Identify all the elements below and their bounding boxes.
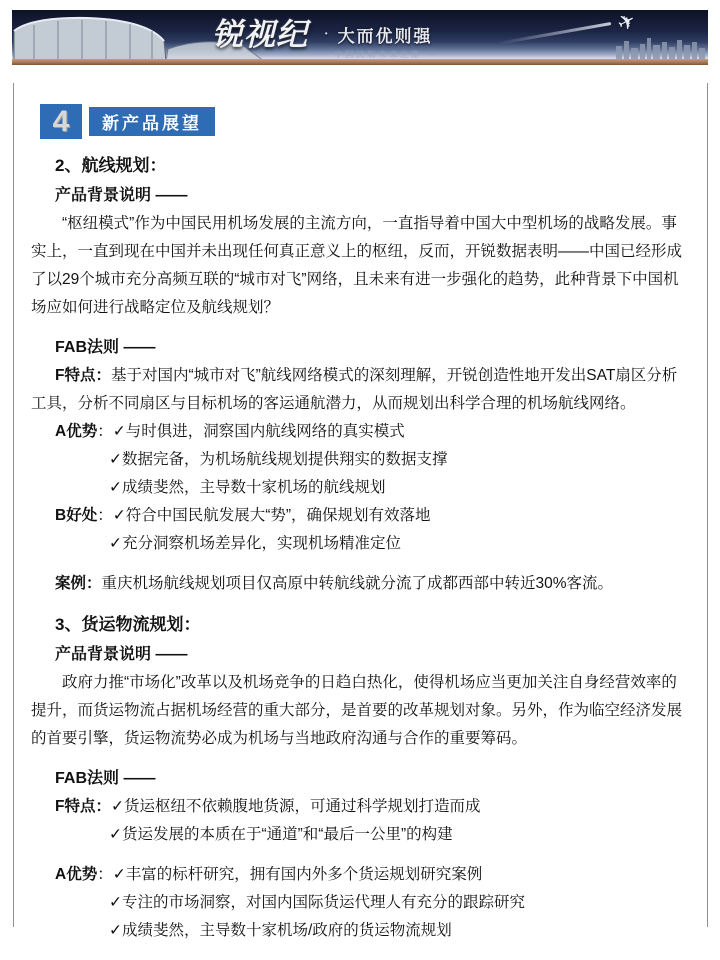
- s2-a-item-1: ✓与时俱进，洞察国内航线网络的真实模式: [113, 423, 405, 440]
- s3-f-item-1: ✓货运枢纽不依赖腹地货源，可通过科学规划打造而成: [111, 798, 481, 815]
- banner-title-group: 锐视纪 · 大而优则强 — 中国民航未来之路 —: [212, 14, 438, 60]
- s3-f-row-2: ✓货运发展的本质在于“通道”和“最后一公里”的构建: [31, 821, 687, 849]
- s3-f-row-1: F特点：✓货运枢纽不依赖腹地货源，可通过科学规划打造而成: [31, 793, 687, 821]
- s2-a-label: A优势: [55, 423, 97, 440]
- s2-f-paragraph: F特点：基于对国内“城市对飞”航线网络模式的深刻理解，开锐创造性地开发出SAT扇…: [31, 362, 687, 418]
- s2-f-label: F特点: [55, 367, 95, 384]
- banner-brand-title: 锐视纪: [212, 14, 308, 56]
- banner-slogan: 大而优则强: [338, 22, 433, 47]
- s2-case-label: 案例: [55, 575, 86, 592]
- s2-b-row-2: ✓充分洞察机场差异化，实现机场精准定位: [31, 530, 687, 558]
- s2-a-row-1: A优势：✓与时俱进，洞察国内航线网络的真实模式: [31, 418, 687, 446]
- banner-slogan-block: · 大而优则强 — 中国民航未来之路 —: [318, 14, 438, 60]
- colon: ：: [97, 866, 113, 883]
- colon: ：: [97, 507, 113, 524]
- s2-b-label: B好处: [55, 507, 97, 524]
- s3-fab-heading: FAB法则 ——: [55, 765, 687, 793]
- s3-background-paragraph: 政府力推“市场化”改革以及机场竞争的日趋白热化，使得机场应当更加关注自身经营效率…: [31, 669, 687, 753]
- s3-f-label: F特点: [55, 798, 95, 815]
- banner-dot-separator: ·: [324, 27, 331, 43]
- s2-fab-heading: FAB法则 ——: [55, 334, 687, 362]
- s3-a-row-3: ✓成绩斐然，主导数十家机场/政府的货运物流规划: [31, 917, 687, 945]
- s2-background-heading: 产品背景说明 ——: [55, 182, 687, 210]
- section-number-badge: 4: [40, 104, 82, 139]
- s3-background-heading: 产品背景说明 ——: [55, 641, 687, 669]
- s2-a-row-3: ✓成绩斐然，主导数十家机场的航线规划: [31, 474, 687, 502]
- s2-f-text: 基于对国内“城市对飞”航线网络模式的深刻理解，开锐创造性地开发出SAT扇区分析工…: [31, 367, 677, 412]
- s3-a-item-1: ✓丰富的标杆研究，拥有国内外多个货运规划研究案例: [113, 866, 483, 883]
- s3-title: 3、货运物流规划：: [55, 611, 687, 639]
- s3-a-row-1: A优势：✓丰富的标杆研究，拥有国内外多个货运规划研究案例: [31, 861, 687, 889]
- section-badge: 4 新产品展望: [40, 104, 707, 139]
- s2-a-row-2: ✓数据完备，为机场航线规划提供翔实的数据支撑: [31, 446, 687, 474]
- colon: ：: [95, 367, 111, 384]
- document-body: 2、航线规划： 产品背景说明 —— “枢纽模式”作为中国民用机场发展的主流方向，…: [14, 152, 707, 945]
- content-frame: 4 新产品展望 2、航线规划： 产品背景说明 —— “枢纽模式”作为中国民用机场…: [13, 83, 708, 927]
- s2-b-row-1: B好处：✓符合中国民航发展大“势”，确保规划有效落地: [31, 502, 687, 530]
- s3-a-label: A优势: [55, 866, 97, 883]
- colon: ：: [97, 423, 113, 440]
- city-skyline-graphic: [614, 36, 706, 60]
- s3-a-row-2: ✓专注的市场洞察，对国内国际货运代理人有充分的跟踪研究: [31, 889, 687, 917]
- s2-case-row: 案例：重庆机场航线规划项目仅高原中转航线就分流了成都西部中转近30%客流。: [31, 570, 687, 598]
- colon: ：: [95, 798, 111, 815]
- section-title-badge: 新产品展望: [89, 107, 215, 136]
- s2-b-item-1: ✓符合中国民航发展大“势”，确保规划有效落地: [113, 507, 431, 524]
- banner-runway-strip: [12, 59, 708, 65]
- s2-background-paragraph: “枢纽模式”作为中国民用机场发展的主流方向，一直指导着中国大中型机场的战略发展。…: [31, 210, 687, 322]
- s2-case-text: 重庆机场航线规划项目仅高原中转航线就分流了成都西部中转近30%客流。: [102, 575, 614, 592]
- s2-title: 2、航线规划：: [55, 152, 687, 180]
- header-banner: 锐视纪 · 大而优则强 — 中国民航未来之路 — ✈: [12, 10, 708, 65]
- colon: ：: [86, 575, 102, 592]
